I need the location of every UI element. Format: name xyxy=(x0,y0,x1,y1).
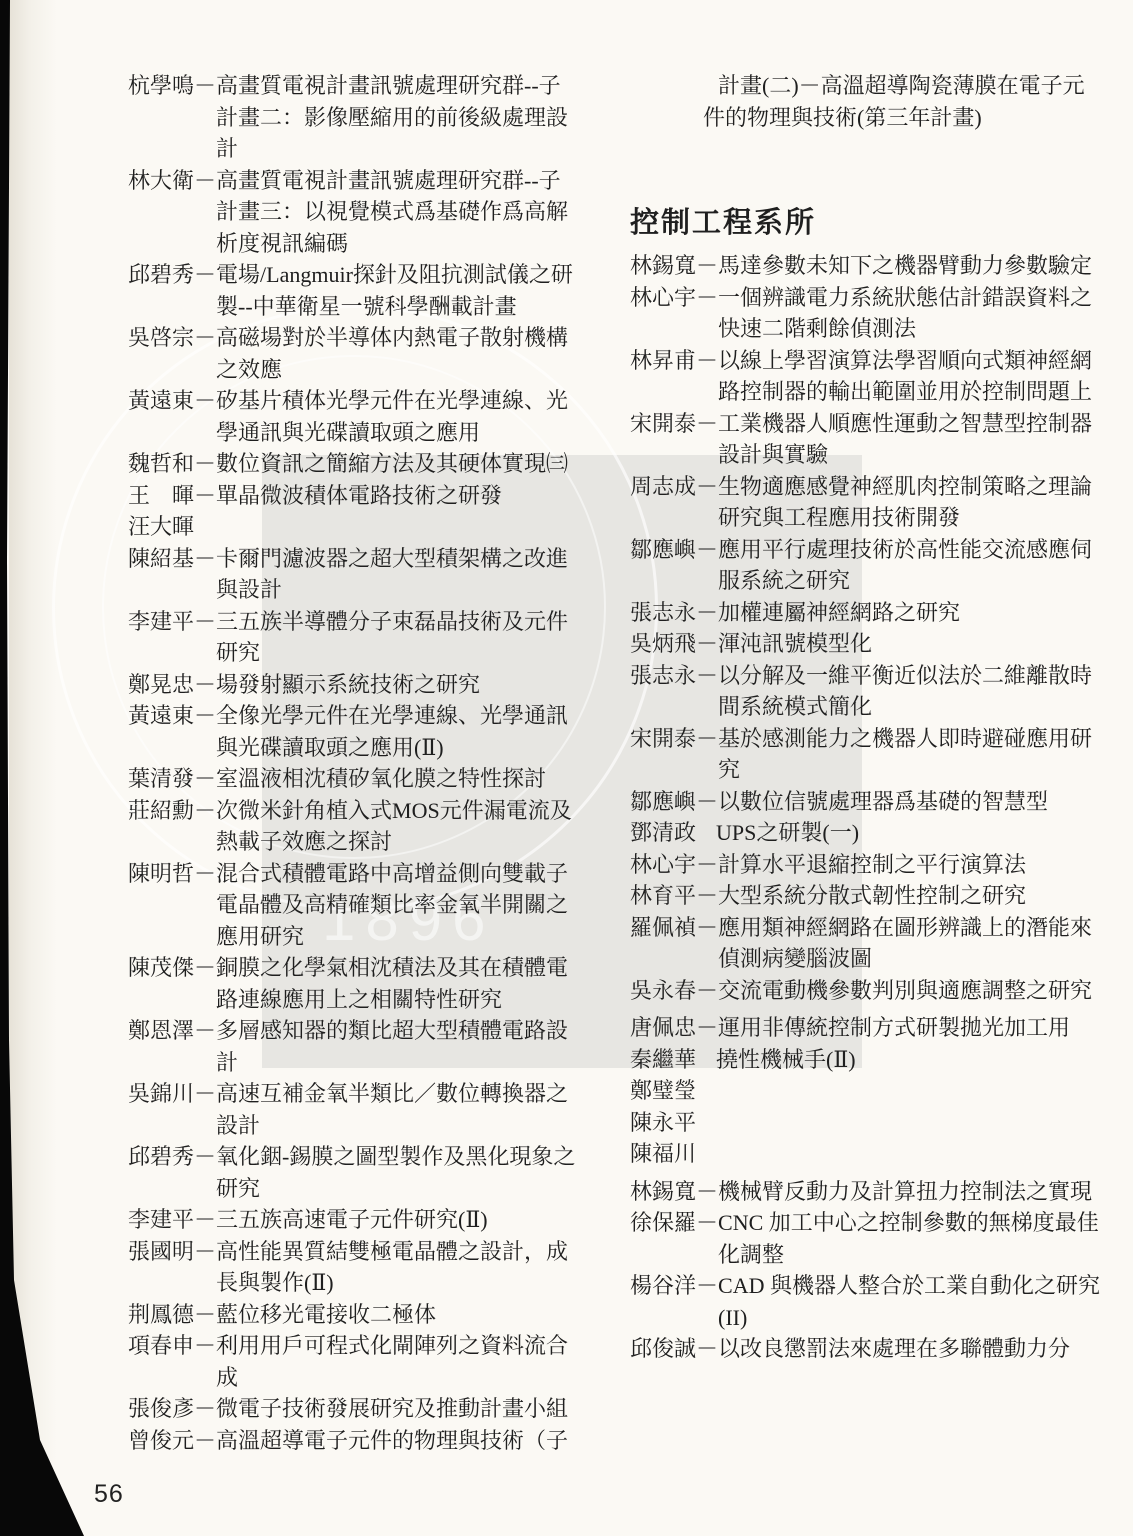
dash-separator: － xyxy=(194,858,216,890)
researcher-name: 陳福川 xyxy=(630,1138,696,1170)
researcher-name: 李建平 xyxy=(128,606,194,638)
left-entry-list: 杭學鳴 － 高畫質電視計畫訊號處理研究群--子計畫二：影像壓縮用的前後級處理設計… xyxy=(128,70,580,1456)
dash-separator: － xyxy=(194,1015,216,1047)
dash-separator: － xyxy=(194,795,216,827)
project-title: 高速互補金氧半類比／數位轉換器之設計 xyxy=(216,1078,580,1141)
dash-separator: － xyxy=(696,660,718,692)
research-entry: 林錫寬 － 機械臂反動力及計算扭力控制法之實現 xyxy=(630,1176,1108,1208)
research-entry: 張國明 － 高性能異質結雙極電晶體之設計，成長與製作(Ⅱ) xyxy=(128,1236,580,1299)
project-title: 基於感測能力之機器人即時避碰應用研究 xyxy=(718,723,1108,786)
dash-separator: － xyxy=(696,786,718,818)
research-entry: 鄭晃忠 － 場發射顯示系統技術之研究 xyxy=(128,669,580,701)
researcher-name: 林錫寬 xyxy=(630,1176,696,1208)
researcher-name: 鄭恩澤 xyxy=(128,1015,194,1047)
research-entry: 李建平 － 三五族半導體分子束磊晶技術及元件研究 xyxy=(128,606,580,669)
research-entry: 周志成 － 生物適應感覺神經肌肉控制策略之理論研究與工程應用技術開發 xyxy=(630,471,1108,534)
research-entry: 吳永春 － 交流電動機參數判別與適應調整之研究 xyxy=(630,975,1108,1007)
researcher-name: 鄭晃忠 xyxy=(128,669,194,701)
researcher-name: 徐保羅 xyxy=(630,1207,696,1239)
research-entry: 王 暉 － 單晶微波積体電路技術之研發 xyxy=(128,480,580,512)
scanned-document-page: 1896 杭學鳴 － 高畫質電視計畫訊號處理研究群--子計畫二：影像壓縮用的前後… xyxy=(0,0,1133,1536)
dash-separator: － xyxy=(696,628,718,660)
research-entry: 唐佩忠 － 運用非傳統控制方式研製拋光加工用 xyxy=(630,1012,1108,1044)
project-title: 計算水平退縮控制之平行演算法 xyxy=(718,849,1108,881)
dash-separator: － xyxy=(194,1141,216,1173)
researcher-name: 秦繼華 xyxy=(630,1044,696,1076)
project-title: 銅膜之化學氣相沈積法及其在積體電路連線應用上之相關特性研究 xyxy=(216,952,580,1015)
research-entry: 葉清發 － 室溫液相沈積矽氧化膜之特性探討 xyxy=(128,763,580,795)
researcher-name: 楊谷洋 xyxy=(630,1270,696,1302)
project-title: 以分解及一維平衡近似法於二維離散時間系統模式簡化 xyxy=(718,660,1108,723)
researcher-name: 唐佩忠 xyxy=(630,1012,696,1044)
research-entry: 張俊彥 － 微電子技術發展研究及推動計畫小組 xyxy=(128,1393,580,1425)
researcher-name: 魏哲和 xyxy=(128,448,194,480)
researcher-name: 王 暉 xyxy=(128,480,194,512)
research-entry: 徐保羅 － CNC 加工中心之控制參數的無梯度最佳化調整 xyxy=(630,1207,1108,1270)
dash-separator: － xyxy=(696,880,718,912)
researcher-name: 黃遠東 xyxy=(128,700,194,732)
dash-separator: － xyxy=(194,543,216,575)
project-title: 高性能異質結雙極電晶體之設計，成長與製作(Ⅱ) xyxy=(216,1236,580,1299)
researcher-name: 杭學鳴 xyxy=(128,70,194,102)
dash-separator: － xyxy=(696,1207,718,1239)
project-title: 加權連屬神經網路之研究 xyxy=(718,597,1108,629)
researcher-name: 莊紹勳 xyxy=(128,795,194,827)
dash-separator: － xyxy=(696,1270,718,1302)
project-title: 機械臂反動力及計算扭力控制法之實現 xyxy=(718,1176,1108,1208)
researcher-name: 汪大暉 xyxy=(128,511,194,543)
dash-separator: － xyxy=(696,282,718,314)
dash-separator: － xyxy=(194,1204,216,1236)
project-title: 生物適應感覺神經肌肉控制策略之理論研究與工程應用技術開發 xyxy=(718,471,1108,534)
researcher-name: 林育平 xyxy=(630,880,696,912)
researcher-name: 林心宇 xyxy=(630,849,696,881)
project-title: 混合式積體電路中高增益側向雙載子電晶體及高精確類比率金氧半開關之應用研究 xyxy=(216,858,580,953)
project-title: 以線上學習演算法學習順向式類神經網路控制器的輸出範圍並用於控制問題上 xyxy=(718,345,1108,408)
research-entry: 吳錦川 － 高速互補金氧半類比／數位轉換器之設計 xyxy=(128,1078,580,1141)
dash-separator: － xyxy=(696,912,718,944)
project-title: 工業機器人順應性運動之智慧型控制器設計與實驗 xyxy=(718,408,1108,471)
dash-separator: － xyxy=(194,669,216,701)
research-entry: 林心宇 － 一個辨識電力系統狀態估計錯誤資料之快速二階剩餘偵測法 xyxy=(630,282,1108,345)
researcher-name: 林昇甫 xyxy=(630,345,696,377)
project-title: UPS之研製(一) xyxy=(716,817,1108,849)
project-title: CAD 與機器人整合於工業自動化之研究(II) xyxy=(718,1270,1108,1333)
researcher-name: 李建平 xyxy=(128,1204,194,1236)
researcher-name: 張俊彥 xyxy=(128,1393,194,1425)
dash-separator: － xyxy=(194,700,216,732)
dash-separator: － xyxy=(194,1393,216,1425)
research-entry: 宋開泰 － 工業機器人順應性運動之智慧型控制器設計與實驗 xyxy=(630,408,1108,471)
research-entry: 邱俊誠 － 以改良懲罰法來處理在多聯體動力分 xyxy=(630,1333,1108,1365)
researcher-name: 陳茂傑 xyxy=(128,952,194,984)
researcher-name: 林大衛 xyxy=(128,165,194,197)
researcher-name: 張國明 xyxy=(128,1236,194,1268)
project-title: 馬達參數未知下之機器臂動力參數驗定 xyxy=(718,250,1108,282)
researcher-name: 張志永 xyxy=(630,597,696,629)
research-entry: 鄧清政 UPS之研製(一) xyxy=(630,817,1108,849)
dash-separator: － xyxy=(696,597,718,629)
dash-separator: － xyxy=(194,1425,216,1457)
research-entry: 吳炳飛 － 渾沌訊號模型化 xyxy=(630,628,1108,660)
research-entry: 林錫寬 － 馬達參數未知下之機器臂動力參數驗定 xyxy=(630,250,1108,282)
project-title: 一個辨識電力系統狀態估計錯誤資料之快速二階剩餘偵測法 xyxy=(718,282,1108,345)
dash-separator: － xyxy=(696,250,718,282)
dash-separator: － xyxy=(194,385,216,417)
researcher-name: 陳明哲 xyxy=(128,858,194,890)
researcher-name: 鄧清政 xyxy=(630,817,696,849)
project-title: 全像光學元件在光學連線、光學通訊與光碟讀取頭之應用(Ⅱ) xyxy=(216,700,580,763)
project-title: 以改良懲罰法來處理在多聯體動力分 xyxy=(718,1333,1108,1365)
researcher-name: 林心宇 xyxy=(630,282,696,314)
project-title: 三五族半導體分子束磊晶技術及元件研究 xyxy=(216,606,580,669)
project-title: 高溫超導電子元件的物理與技術（子 xyxy=(216,1425,580,1457)
project-title: 藍位移光電接收二極体 xyxy=(216,1299,580,1331)
dash-separator: － xyxy=(194,1299,216,1331)
research-entry: 宋開泰 － 基於感測能力之機器人即時避碰應用研究 xyxy=(630,723,1108,786)
researcher-name: 鄒應嶼 xyxy=(630,786,696,818)
researcher-name: 邱碧秀 xyxy=(128,259,194,291)
research-entry: 陳茂傑 － 銅膜之化學氣相沈積法及其在積體電路連線應用上之相關特性研究 xyxy=(128,952,580,1015)
research-entry: 汪大暉 xyxy=(128,511,580,543)
dash-separator: － xyxy=(696,408,718,440)
left-column: 杭學鳴 － 高畫質電視計畫訊號處理研究群--子計畫二：影像壓縮用的前後級處理設計… xyxy=(128,70,580,1456)
research-entry: 莊紹勳 － 次微米針角植入式MOS元件漏電流及熱載子效應之探討 xyxy=(128,795,580,858)
researcher-name: 宋開泰 xyxy=(630,723,696,755)
project-title: 渾沌訊號模型化 xyxy=(718,628,1108,660)
researcher-name: 吳永春 xyxy=(630,975,696,1007)
researcher-name: 周志成 xyxy=(630,471,696,503)
project-title: 應用類神經網路在圖形辨識上的潛能來偵測病變腦波圖 xyxy=(718,912,1108,975)
research-entry: 黃遠東 － 矽基片積体光學元件在光學連線、光學通訊與光碟讀取頭之應用 xyxy=(128,385,580,448)
researcher-name: 張志永 xyxy=(630,660,696,692)
project-title: 三五族高速電子元件研究(Ⅱ) xyxy=(216,1204,580,1236)
project-title: 卡爾門濾波器之超大型積架構之改進與設計 xyxy=(216,543,580,606)
research-entry: 荆鳳德 － 藍位移光電接收二極体 xyxy=(128,1299,580,1331)
dash-separator: － xyxy=(696,975,718,1007)
dash-separator: － xyxy=(194,1078,216,1110)
dash-separator: － xyxy=(696,1176,718,1208)
project-title: CNC 加工中心之控制參數的無梯度最佳化調整 xyxy=(718,1207,1108,1270)
researcher-name: 項春申 xyxy=(128,1330,194,1362)
researcher-name: 邱俊誠 xyxy=(630,1333,696,1365)
research-entry: 李建平 － 三五族高速電子元件研究(Ⅱ) xyxy=(128,1204,580,1236)
dash-separator: － xyxy=(696,471,718,503)
research-entry: 楊谷洋 － CAD 與機器人整合於工業自動化之研究(II) xyxy=(630,1270,1108,1333)
research-entry: 黃遠東 － 全像光學元件在光學連線、光學通訊與光碟讀取頭之應用(Ⅱ) xyxy=(128,700,580,763)
researcher-name: 曾俊元 xyxy=(128,1425,194,1457)
research-entry: 林心宇 － 計算水平退縮控制之平行演算法 xyxy=(630,849,1108,881)
dash-separator: － xyxy=(194,70,216,102)
project-title: 高畫質電視計畫訊號處理研究群--子計畫三：以視覺模式爲基礎作爲高解析度視訊編碼 xyxy=(216,165,580,260)
research-entry: 邱碧秀 － 電場/Langmuir探針及阻抗測試儀之研製--中華衛星一號科學酬載… xyxy=(128,259,580,322)
dash-separator: － xyxy=(194,1236,216,1268)
research-entry: 陳紹基 － 卡爾門濾波器之超大型積架構之改進與設計 xyxy=(128,543,580,606)
researcher-name: 吳啓宗 xyxy=(128,322,194,354)
right-entry-list: 林錫寬 － 馬達參數未知下之機器臂動力參數驗定 林心宇 － 一個辨識電力系統狀態… xyxy=(630,250,1108,1365)
project-title: 次微米針角植入式MOS元件漏電流及熱載子效應之探討 xyxy=(216,795,580,858)
project-title: 數位資訊之簡縮方法及其硬体實現㈢ xyxy=(216,448,580,480)
dash-separator: － xyxy=(194,448,216,480)
project-title: 單晶微波積体電路技術之研發 xyxy=(216,480,580,512)
dash-separator: － xyxy=(696,534,718,566)
researcher-name: 葉清發 xyxy=(128,763,194,795)
researcher-name: 鄒應嶼 xyxy=(630,534,696,566)
project-title: 室溫液相沈積矽氧化膜之特性探討 xyxy=(216,763,580,795)
research-entry: 曾俊元 － 高溫超導電子元件的物理與技術（子 xyxy=(128,1425,580,1457)
research-entry: 林育平 － 大型系統分散式韌性控制之研究 xyxy=(630,880,1108,912)
research-entry: 林昇甫 － 以線上學習演算法學習順向式類神經網路控制器的輸出範圍並用於控制問題上 xyxy=(630,345,1108,408)
research-entry: 吳啓宗 － 高磁場對於半導体内熱電子散射機構之效應 xyxy=(128,322,580,385)
section-header-control-engineering: 控制工程系所 xyxy=(630,205,1108,241)
project-title: 應用平行處理技術於高性能交流感應伺服系統之研究 xyxy=(718,534,1108,597)
researcher-name: 吳炳飛 xyxy=(630,628,696,660)
researcher-name: 宋開泰 xyxy=(630,408,696,440)
research-entry: 鄒應嶼 － 應用平行處理技術於高性能交流感應伺服系統之研究 xyxy=(630,534,1108,597)
project-title: 矽基片積体光學元件在光學連線、光學通訊與光碟讀取頭之應用 xyxy=(216,385,580,448)
project-title: 運用非傳統控制方式研製拋光加工用 xyxy=(718,1012,1108,1044)
dash-separator: － xyxy=(194,606,216,638)
dash-separator: － xyxy=(194,322,216,354)
research-entry: 邱碧秀 － 氧化銦-錫膜之圖型製作及黑化現象之研究 xyxy=(128,1141,580,1204)
research-entry: 鄒應嶼 － 以數位信號處理器爲基礎的智慧型 xyxy=(630,786,1108,818)
project-title: 微電子技術發展研究及推動計畫小組 xyxy=(216,1393,580,1425)
dash-separator: － xyxy=(696,849,718,881)
research-entry: 秦繼華 撓性機械手(Ⅱ) xyxy=(630,1044,1108,1076)
project-title: 高畫質電視計畫訊號處理研究群--子計畫二：影像壓縮用的前後級處理設計 xyxy=(216,70,580,165)
researcher-name: 鄭璧瑩 xyxy=(630,1075,696,1107)
continued-project-title: 計畫(二)－高溫超導陶瓷薄膜在電子元件的物理與技術(第三年計畫) xyxy=(703,70,1095,133)
research-entry: 項春申 － 利用用戶可程式化閘陣列之資料流合成 xyxy=(128,1330,580,1393)
right-column: 計畫(二)－高溫超導陶瓷薄膜在電子元件的物理與技術(第三年計畫) 控制工程系所 … xyxy=(630,70,1108,1365)
researcher-name: 林錫寬 xyxy=(630,250,696,282)
research-entry: 魏哲和 － 數位資訊之簡縮方法及其硬体實現㈢ xyxy=(128,448,580,480)
research-entry: 林大衛 － 高畫質電視計畫訊號處理研究群--子計畫三：以視覺模式爲基礎作爲高解析… xyxy=(128,165,580,260)
dash-separator: － xyxy=(696,723,718,755)
dash-separator: － xyxy=(194,259,216,291)
project-title: 大型系統分散式韌性控制之研究 xyxy=(718,880,1108,912)
research-entry: 陳永平 xyxy=(630,1107,1108,1139)
researcher-name: 荆鳳德 xyxy=(128,1299,194,1331)
project-title: 氧化銦-錫膜之圖型製作及黑化現象之研究 xyxy=(216,1141,580,1204)
project-title: 利用用戶可程式化閘陣列之資料流合成 xyxy=(216,1330,580,1393)
page-number: 56 xyxy=(94,1480,124,1509)
research-entry: 鄭璧瑩 xyxy=(630,1075,1108,1107)
researcher-name: 陳紹基 xyxy=(128,543,194,575)
project-title: 以數位信號處理器爲基礎的智慧型 xyxy=(718,786,1108,818)
project-title: 電場/Langmuir探針及阻抗測試儀之研製--中華衛星一號科學酬載計畫 xyxy=(216,259,580,322)
dash-separator: － xyxy=(696,1333,718,1365)
research-entry: 張志永 － 以分解及一維平衡近似法於二維離散時間系統模式簡化 xyxy=(630,660,1108,723)
researcher-name: 黃遠東 xyxy=(128,385,194,417)
project-title: 撓性機械手(Ⅱ) xyxy=(716,1044,1108,1076)
dash-separator: － xyxy=(194,165,216,197)
research-entry: 陳福川 xyxy=(630,1138,1108,1170)
research-entry: 杭學鳴 － 高畫質電視計畫訊號處理研究群--子計畫二：影像壓縮用的前後級處理設計 xyxy=(128,70,580,165)
dash-separator: － xyxy=(194,763,216,795)
research-entry: 陳明哲 － 混合式積體電路中高增益側向雙載子電晶體及高精確類比率金氧半開關之應用… xyxy=(128,858,580,953)
dash-separator: － xyxy=(696,345,718,377)
dash-separator: － xyxy=(696,1012,718,1044)
dash-separator: － xyxy=(194,952,216,984)
dash-separator: － xyxy=(194,480,216,512)
project-title: 高磁場對於半導体内熱電子散射機構之效應 xyxy=(216,322,580,385)
researcher-name: 邱碧秀 xyxy=(128,1141,194,1173)
project-title: 交流電動機參數判別與適應調整之研究 xyxy=(718,975,1108,1007)
dash-separator: － xyxy=(194,1330,216,1362)
researcher-name: 陳永平 xyxy=(630,1107,696,1139)
researcher-name: 吳錦川 xyxy=(128,1078,194,1110)
project-title: 多層感知器的類比超大型積體電路設計 xyxy=(216,1015,580,1078)
project-title: 場發射顯示系統技術之研究 xyxy=(216,669,580,701)
research-entry: 張志永 － 加權連屬神經網路之研究 xyxy=(630,597,1108,629)
research-entry: 鄭恩澤 － 多層感知器的類比超大型積體電路設計 xyxy=(128,1015,580,1078)
research-entry: 羅佩禎 － 應用類神經網路在圖形辨識上的潛能來偵測病變腦波圖 xyxy=(630,912,1108,975)
researcher-name: 羅佩禎 xyxy=(630,912,696,944)
